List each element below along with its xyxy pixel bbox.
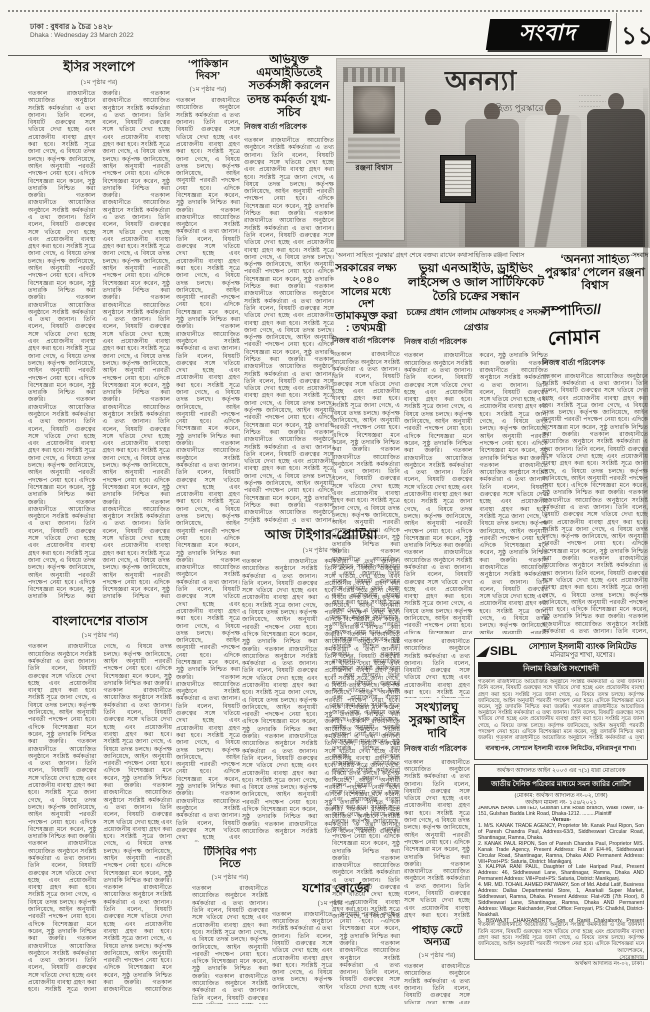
article-fake-nid: ভুয়া এনআইডি, ড্রাইভিং লাইসেন্স ও জাল সা… (404, 262, 548, 634)
body-text: গতকাল রাজধানীতে আয়োজিত অনুষ্ঠানে সংশ্লি… (404, 352, 548, 634)
certificate-paper (445, 160, 471, 196)
person-figure (525, 99, 581, 247)
sibl-ad-header: SIBL সোশ্যাল ইসলামী ব্যাংক লিমিটেড মনিরা… (478, 642, 644, 660)
headline-tobacco-free: সরকারের লক্ষ্য ২০৪০ সালের মধ্যে দেশ তামা… (332, 262, 400, 334)
continued-note: (১ম পৃষ্ঠার পর) (28, 77, 170, 88)
body-text: গতকাল রাজধানীতে আয়োজিত অনুষ্ঠানে সংশ্লি… (404, 638, 470, 698)
byline: নিজস্ব বার্তা পরিবেশক (404, 744, 470, 756)
newspaper-page: ঢাকা : বুধবার ৯ চৈত্র ১৪২৮ Dhaka : Wedne… (0, 0, 650, 1012)
body-text: গতকাল রাজধানীতে আয়োজিত অনুষ্ঠানে সংশ্লি… (542, 373, 648, 621)
article-accused-ministry: অভিযুক্ত এমআইডিতেই সতর্কসঙ্গী করলেন তদন্… (244, 54, 334, 524)
headline-fake-nid: ভুয়া এনআইডি, ড্রাইভিং লাইসেন্স ও জাল সা… (404, 262, 548, 303)
edit-mark-name: নোমান (547, 321, 648, 356)
sibl-logo-text: SIBL (490, 644, 517, 658)
body-text: গতকাল রাজধানীতে আয়োজিত অনুষ্ঠানে সংশ্লি… (28, 90, 170, 606)
jamuna-summons-ad: অর্থঋণ আদালত আইন ২০০৩ এর ৭(১) ধারা মোতাব… (474, 764, 648, 960)
headline-line: তামাকমুক্ত করা : তথ্যমন্ত্রী (332, 310, 400, 334)
headline-pakistan-day: ‘পাকিস্তান দিবস’ (176, 58, 240, 82)
continued-note: (১ম পৃষ্ঠার পর) (242, 545, 400, 556)
person-figure (587, 93, 645, 247)
date-bengali: ঢাকা : বুধবার ৯ চৈত্র ১৪২৮ (30, 22, 134, 31)
headline-line: সরকারের লক্ষ্য ২০৪০ (332, 262, 400, 286)
masthead-logo: সংবাদ (486, 19, 610, 50)
scan-edge-smudge (643, 88, 648, 628)
banner-awardee-name: রঞ্জনা বিশ্বাস (346, 162, 402, 175)
continued-note: (১ম পৃষ্ঠার পর) (272, 898, 400, 909)
byline: নিজস্ব বার্তা পরিবেশক (542, 358, 648, 370)
defendant-line: 1. M/S. KANAK TRADE AGENCY, Proprietor M… (478, 824, 644, 842)
page-number: ১১ (621, 16, 650, 59)
continued-note: (১ম পৃষ্ঠার পর) (28, 630, 172, 641)
headline-tigers-proteas: আজ টাইগার-প্রোটিয়া (242, 528, 400, 543)
article-hill-cutting: পাহাড় কেটে অন্যত্র (১ম পৃষ্ঠার পর) গতকা… (404, 924, 470, 1004)
continued-note: (১ম পৃষ্ঠার পর) (404, 950, 470, 961)
dateline: ঢাকা : বুধবার ৯ চৈত্র ১৪২৮ Dhaka : Wedne… (30, 22, 134, 40)
body-text: গতকাল রাজধানীতে আয়োজিত অনুষ্ঠানে সংশ্লি… (272, 911, 400, 997)
headline-ananya-award: ‘অনন্যা সাহিত্য পুরস্কার’ পেলেন রঞ্জনা ব… (542, 254, 648, 294)
portrait-photo (353, 86, 395, 134)
banner-ornament (344, 68, 404, 82)
body-text: গতকাল রাজধানীতে আয়োজিত অনুষ্ঠানে সংশ্লি… (192, 885, 268, 1003)
sibl-notice-bar: নিলাম বিজ্ঞপ্তি সংশোধনী (478, 662, 644, 677)
jamuna-signature-block: আদেশক্রমে, সেরেস্তাদার অর্থঋণ আদালত নং-০… (478, 948, 644, 967)
jamuna-notice-bar: জাতীয় দৈনিক পত্রিকার মাধ্যমে সমন জারির … (478, 777, 644, 791)
subheadline-fake-nid: চক্রের প্রধান গোলাম মোস্তফাসহ ৫ সদস্য গ্… (404, 305, 548, 335)
masthead-title: সংবাদ (519, 16, 576, 53)
defendant-line: 4. MR. MD. TOHAIL AHMED PATWARY, Son of … (478, 883, 644, 918)
edit-mark-text: সম্পাদিত// (542, 296, 648, 324)
headline-accused-ministry: অভিযুক্ত এমআইডিতেই সতর্কসঙ্গী করলেন তদন্… (244, 54, 334, 120)
jamuna-bengali-body: গতকাল রাজধানীতে আয়োজিত অনুষ্ঠানে সংশ্লি… (478, 922, 644, 946)
banner-text-block (348, 137, 400, 159)
sibl-notice-body: গতকাল রাজধানীতে আয়োজিত অনুষ্ঠানে সংশ্লি… (478, 679, 644, 741)
continued-note: (১ম পৃষ্ঠার পর) (176, 84, 240, 95)
headline-ec-dialogue: ইসির সংলাপে (28, 60, 170, 75)
defendant-line: 3. KALPNA RANI PAUL, Daughter of Late Ha… (478, 865, 644, 883)
article-tigers-proteas: আজ টাইগার-প্রোটিয়া (১ম পৃষ্ঠার পর) গতকা… (242, 528, 400, 844)
person-body (525, 115, 581, 247)
article-continuation: গতকাল রাজধানীতে আয়োজিত অনুষ্ঠানে সংশ্লি… (404, 638, 470, 698)
jamuna-parties-block: JAMUNA BANK LIMITED, Gulshan Link Road B… (478, 806, 644, 922)
date-english: Dhaka : Wednesday 23 March 2022 (30, 31, 134, 40)
backdrop-title: অনন্যা (445, 61, 516, 106)
sibl-ad-footer: ব্যবস্থাপক, সোশ্যাল ইসলামী ব্যাংক লিমিটে… (478, 743, 644, 754)
headline-hill-cutting: পাহাড় কেটে অন্যত্র (404, 924, 470, 948)
headline-minority-law: সংখ্যালঘু সুরক্ষা আইন দাবি (404, 702, 470, 742)
continued-note: (১ম পৃষ্ঠার পর) (192, 872, 268, 883)
article-pakistan-day: ‘পাকিস্তান দিবস’ (১ম পৃষ্ঠার পর) গতকাল র… (176, 58, 240, 842)
article-ec-dialogue: ইসির সংলাপে (১ম পৃষ্ঠার পর) গতকাল রাজধান… (28, 60, 170, 612)
award-ceremony-photo: রঞ্জনা বিশ্বাস অনন্যা সাহিত্য পুরস্কারে … (336, 58, 650, 248)
headline-jashore-board: যশোর বোর্ডের (272, 882, 400, 896)
body-text: গতকাল রাজধানীতে আয়োজিত অনুষ্ঠানে সংশ্লি… (244, 137, 334, 524)
article-minority-law: সংখ্যালঘু সুরক্ষা আইন দাবি নিজস্ব বার্তা… (404, 702, 470, 920)
jamuna-court-line: (মোকাম: অর্থঋণ আদালত নং-০২, ঢাকা) (478, 793, 644, 800)
byline: নিজস্ব বার্তা পরিবেশক (404, 337, 548, 349)
certificate-frame (440, 155, 476, 203)
sibl-bank-name: সোশ্যাল ইসলামী ব্যাংক লিমিটেড মনিরামপুর … (521, 642, 644, 660)
photo-caption: ‘অনন্যা সাহিত্য পুরস্কার’ গ্রহণ শেষে বক্… (336, 250, 524, 261)
body-text: গতকাল রাজধানীতে আয়োজিত অনুষ্ঠানে সংশ্লি… (242, 558, 400, 836)
body-text: গতকাল রাজধানীতে আয়োজিত অনুষ্ঠানে সংশ্লি… (404, 963, 470, 1004)
byline: নিজস্ব বার্তা পরিবেশক (244, 122, 334, 134)
sibl-wing-icon (476, 646, 490, 657)
article-tcb-goods: টিসিবির পণ্য নিতে (১ম পৃষ্ঠার পর) গতকাল … (192, 846, 268, 1004)
article-ananya-award: ‘অনন্যা সাহিত্য পুরস্কার’ পেলেন রঞ্জনা ব… (542, 254, 648, 634)
body-text: গতকাল রাজধানীতে আয়োজিত অনুষ্ঠানে সংশ্লি… (28, 643, 172, 999)
sibl-auction-ad: SIBL সোশ্যাল ইসলামী ব্যাংক লিমিটেড মনিরা… (474, 638, 648, 760)
headline-bangladesh-air: বাংলাদেশের বাতাস (28, 614, 172, 628)
jamuna-law-line: অর্থঋণ আদালত আইন ২০০৩ এর ৭(১) ধারা মোতাব… (478, 768, 644, 775)
sibl-bank-name-line1: সোশ্যাল ইসলামী ব্যাংক লিমিটেড (521, 642, 644, 652)
signature-line: অর্থঋণ আদালত নং-০২, ঢাকা। (478, 961, 644, 967)
headline-line: সালের মধ্যে দেশ (332, 286, 400, 310)
header-divider (616, 13, 617, 53)
jamuna-case-line: অর্থঋণ মামলা নং- ১৫৪/২০২১ (478, 800, 644, 807)
defendant-line: 2. KANAK PAUL RIPON, Son of Paresh Chand… (478, 842, 644, 866)
sibl-branch-line: মনিরামপুর শাখা, যশোর। (521, 652, 644, 660)
body-text: গতকাল রাজধানীতে আয়োজিত অনুষ্ঠানে সংশ্লি… (176, 97, 240, 842)
article-bangladesh-air: বাংলাদেশের বাতাস (১ম পৃষ্ঠার পর) গতকাল র… (28, 614, 172, 1006)
person-body (587, 109, 645, 247)
photo-side-banner: রঞ্জনা বিশ্বাস (343, 67, 405, 241)
sibl-logo: SIBL (478, 644, 517, 658)
byline: নিজস্ব বার্তা পরিবেশক (332, 336, 400, 348)
headline-tcb-goods: টিসিবির পণ্য নিতে (192, 846, 268, 870)
article-jashore-board: যশোর বোর্ডের (১ম পৃষ্ঠার পর) গতকাল রাজধা… (272, 882, 400, 1004)
top-dotted-rule (8, 10, 642, 12)
body-text: গতকাল রাজধানীতে আয়োজিত অনুষ্ঠানে সংশ্লি… (404, 759, 470, 920)
